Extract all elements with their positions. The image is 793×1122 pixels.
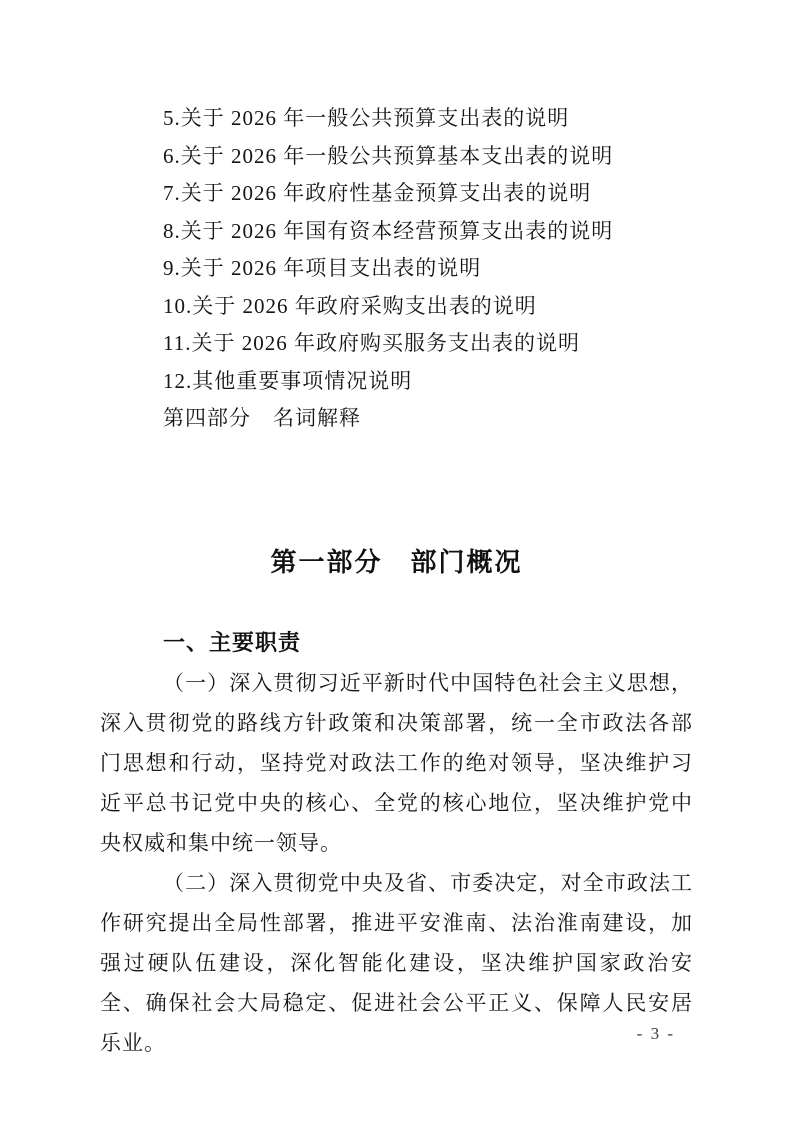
subsection-title: 一、主要职责: [100, 623, 693, 663]
toc-item-12: 12.其他重要事项情况说明: [163, 363, 693, 401]
toc-item-part4: 第四部分 名词解释: [163, 400, 693, 438]
toc-item-11: 11.关于 2026 年政府购买服务支出表的说明: [163, 325, 693, 363]
part-title: 第一部分 部门概况: [100, 544, 693, 581]
toc-item-10: 10.关于 2026 年政府采购支出表的说明: [163, 288, 693, 326]
toc-item-9: 9.关于 2026 年项目支出表的说明: [163, 250, 693, 288]
toc-item-7: 7.关于 2026 年政府性基金预算支出表的说明: [163, 175, 693, 213]
paragraph-1: （一）深入贯彻习近平新时代中国特色社会主义思想，深入贯彻党的路线方针政策和决策部…: [100, 663, 693, 863]
toc-item-6: 6.关于 2026 年一般公共预算基本支出表的说明: [163, 138, 693, 176]
table-of-contents: 5.关于 2026 年一般公共预算支出表的说明 6.关于 2026 年一般公共预…: [100, 100, 693, 438]
toc-item-8: 8.关于 2026 年国有资本经营预算支出表的说明: [163, 213, 693, 251]
paragraph-2: （二）深入贯彻党中央及省、市委决定，对全市政法工作研究提出全局性部署，推进平安淮…: [100, 863, 693, 1063]
document-page: 5.关于 2026 年一般公共预算支出表的说明 6.关于 2026 年一般公共预…: [0, 0, 793, 1122]
page-number: - 3 -: [637, 1024, 675, 1044]
toc-item-5: 5.关于 2026 年一般公共预算支出表的说明: [163, 100, 693, 138]
